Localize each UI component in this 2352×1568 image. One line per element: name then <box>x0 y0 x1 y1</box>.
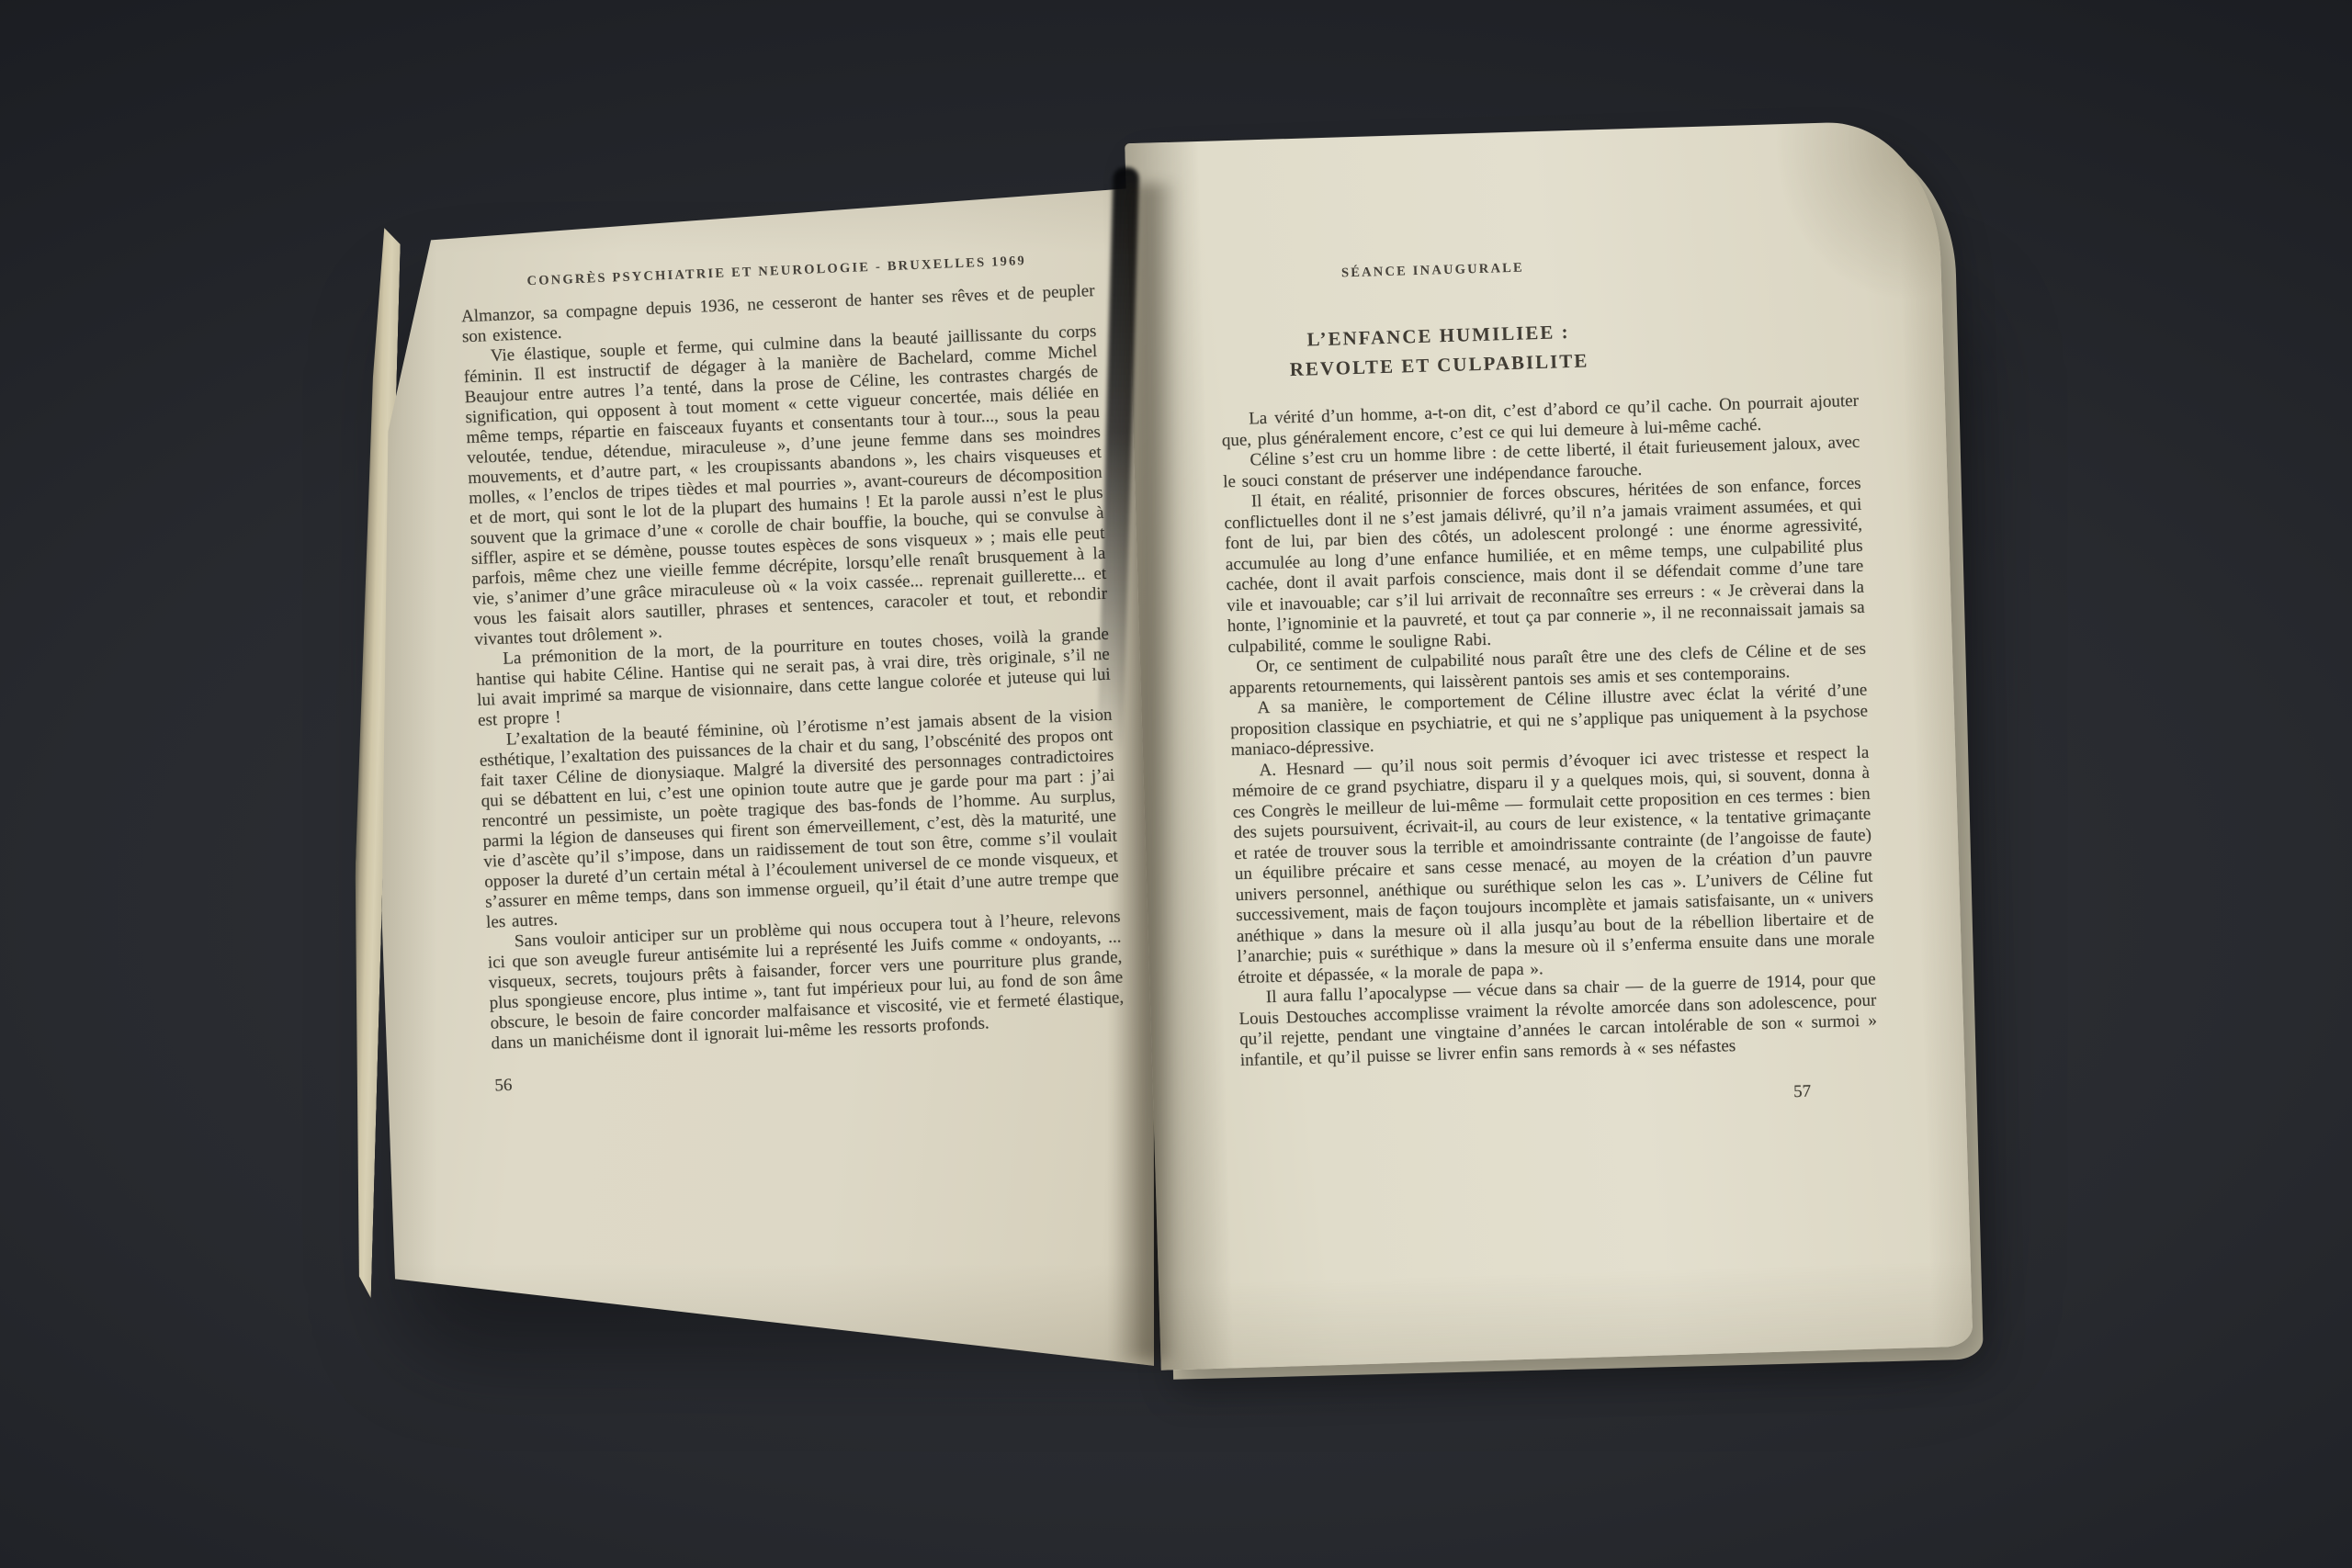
page-number-right: 57 <box>1241 1079 1879 1119</box>
running-header-right: SÉANCE INAUGURALE <box>1114 254 1751 288</box>
right-page-content: SÉANCE INAUGURALE L’ENFANCE HUMILIEE : R… <box>1216 251 1879 1119</box>
paragraph: L’exaltation de la beauté féminine, où l… <box>479 705 1120 933</box>
right-page-text: La vérité d’un homme, a-t-on dit, c’est … <box>1221 391 1878 1071</box>
section-title: L’ENFANCE HUMILIEE : REVOLTE ET CULPABIL… <box>1119 311 1758 389</box>
left-page: CONGRÈS PSYCHIATRIE ET NEUROLOGIE - BRUX… <box>375 182 1154 1371</box>
paragraph: Il était, en réalité, prisonnier de forc… <box>1224 474 1866 659</box>
left-page-content: CONGRÈS PSYCHIATRIE ET NEUROLOGIE - BRUX… <box>459 251 1126 1097</box>
left-page-text: Almanzor, sa compagne depuis 1936, ne ce… <box>461 281 1125 1055</box>
photo-of-open-book: CONGRÈS PSYCHIATRIE ET NEUROLOGIE - BRUX… <box>0 0 2352 1568</box>
paragraph: A. Hesnard — qu’il nous soit permis d’év… <box>1231 742 1875 988</box>
paragraph: Vie élastique, souple et ferme, qui culm… <box>462 321 1108 650</box>
paragraph: Il aura fallu l’apocalypse — vécue dans … <box>1238 969 1878 1071</box>
right-page: SÉANCE INAUGURALE L’ENFANCE HUMILIEE : R… <box>1125 119 1973 1371</box>
page-number-left: 56 <box>492 1050 1126 1096</box>
paragraph: Sans vouloir anticiper sur un problème q… <box>487 907 1125 1054</box>
